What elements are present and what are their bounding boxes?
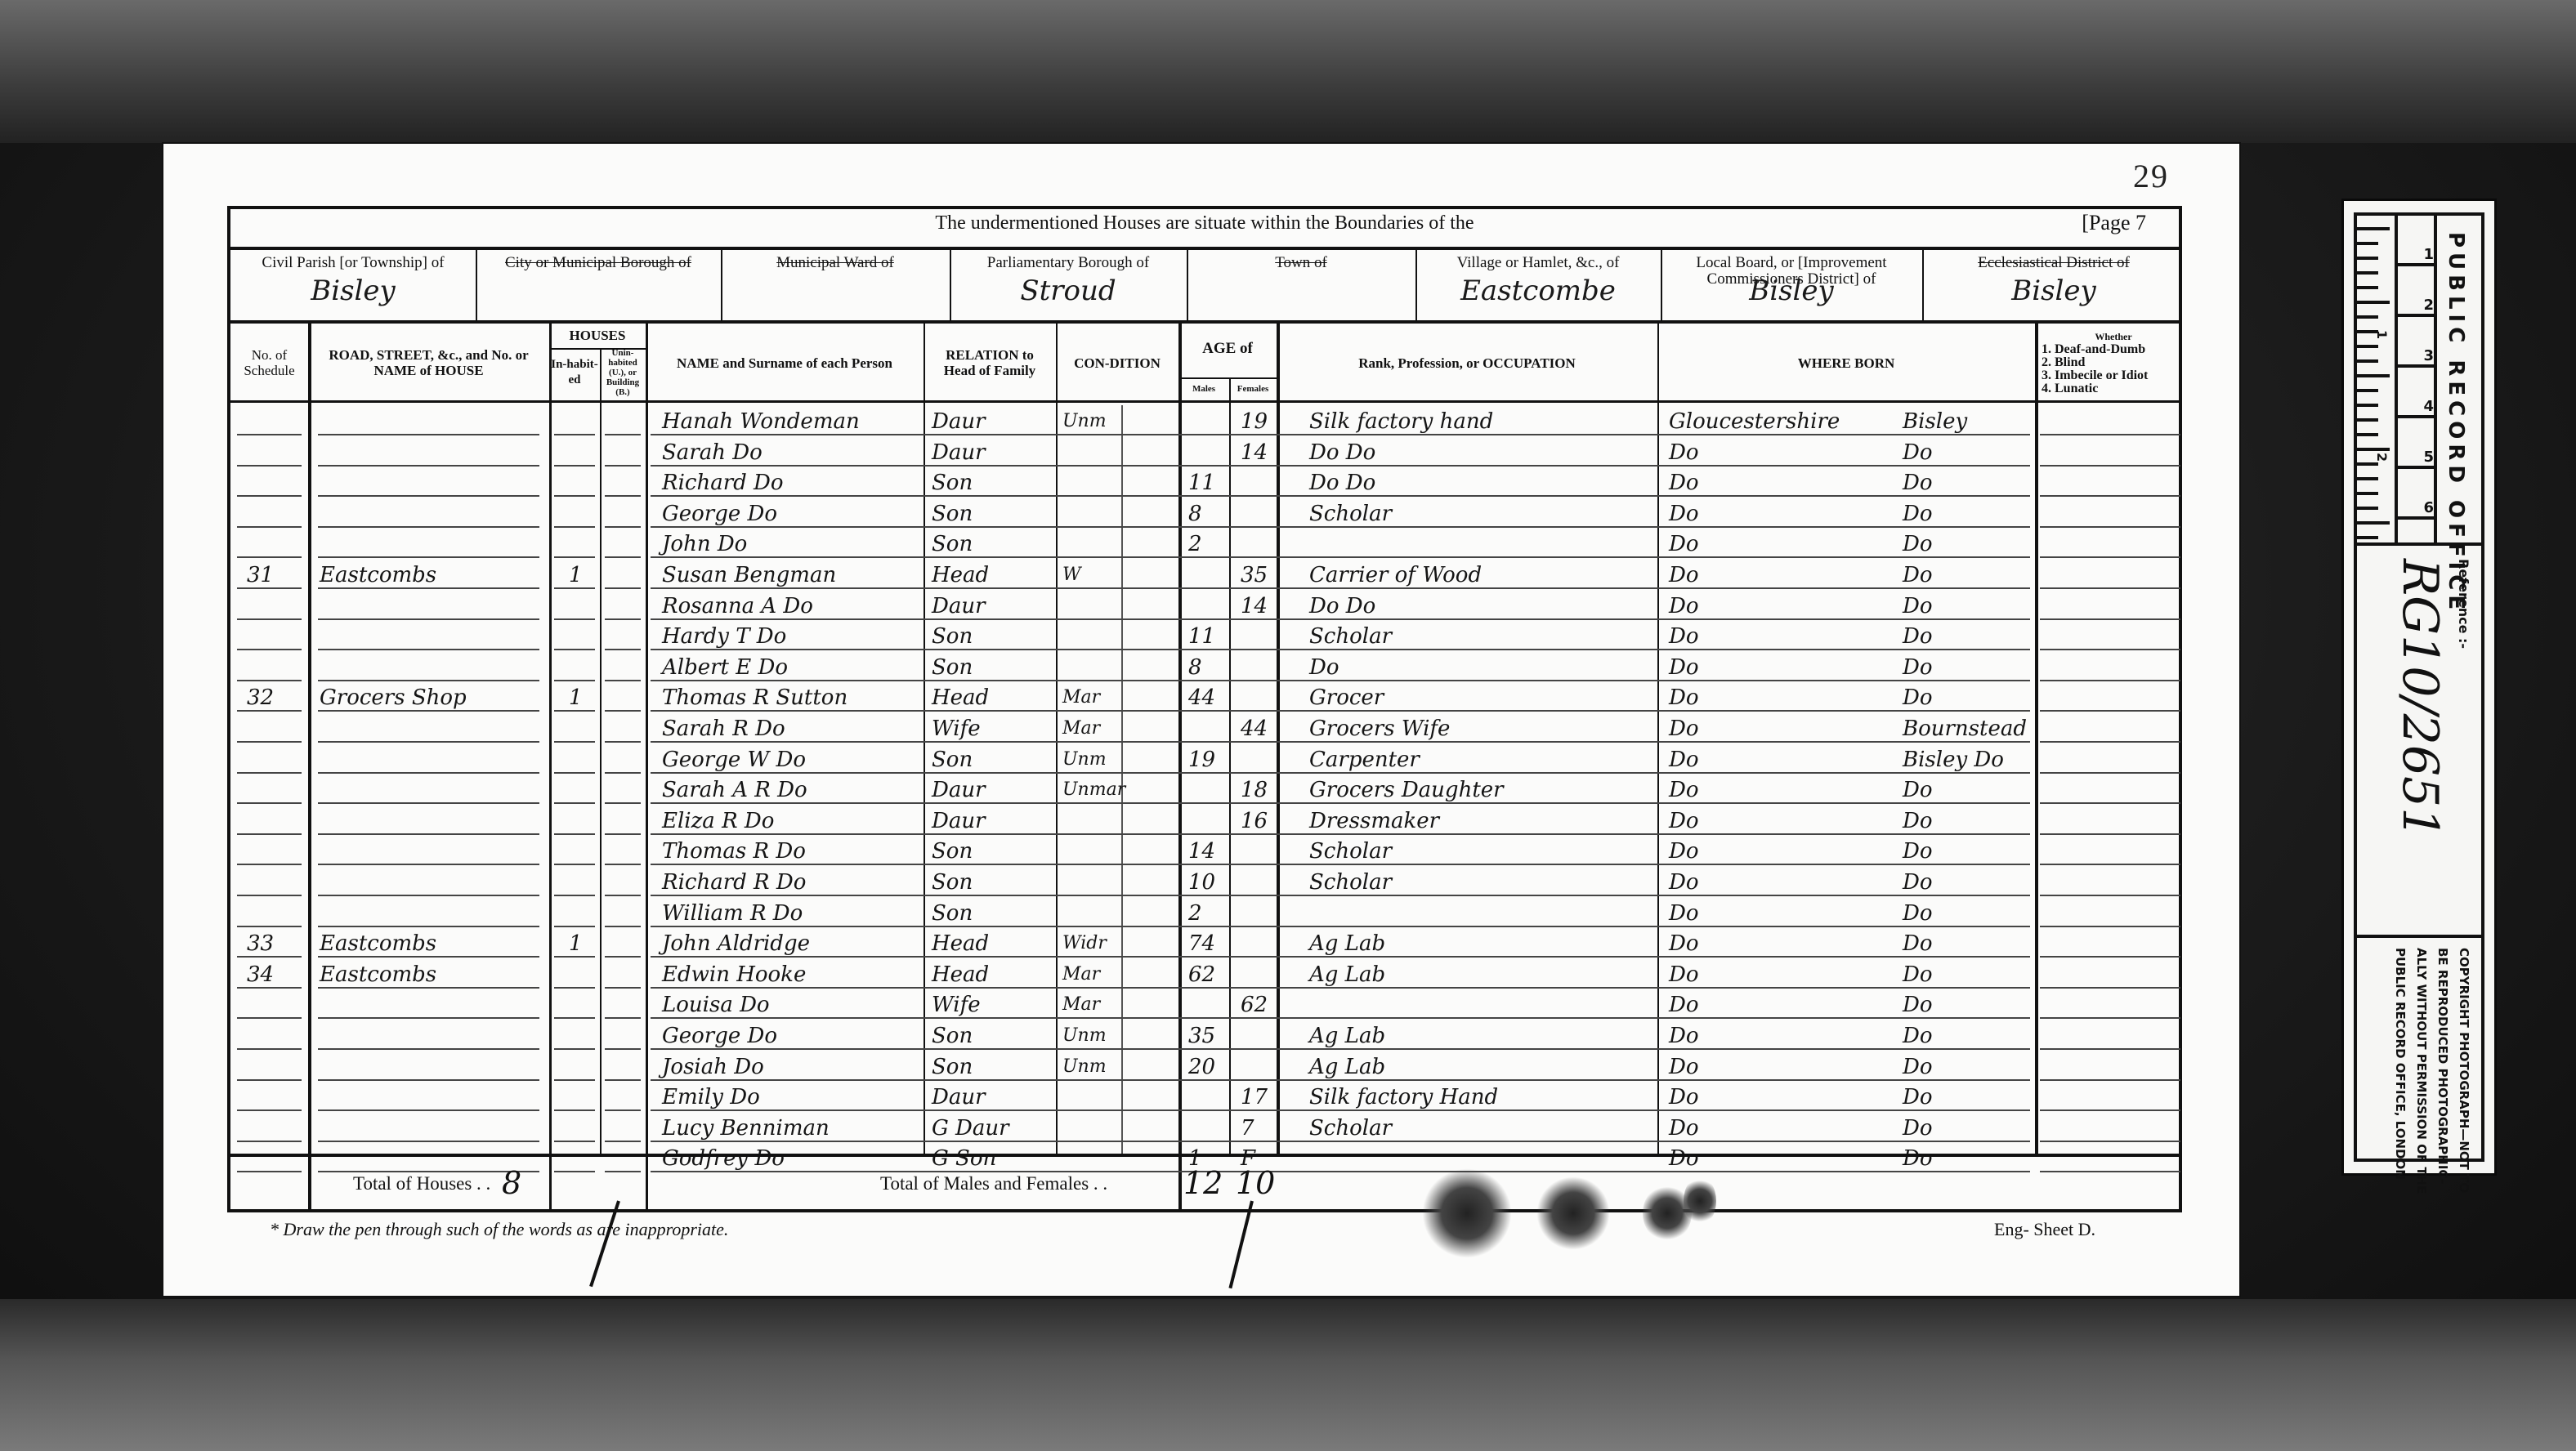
birth-county: Do [1669, 559, 1699, 589]
ruler-tick [2357, 477, 2378, 480]
birth-county: Do [1669, 528, 1699, 558]
female-age: 7 [1241, 1112, 1254, 1142]
occupation: Grocers Wife [1309, 712, 1450, 743]
ruler-tick [2357, 257, 2378, 260]
ruler-tick [2357, 521, 2390, 525]
condition: Unm [1062, 743, 1107, 774]
male-age: 44 [1188, 681, 1215, 712]
ruler-tick [2357, 374, 2390, 377]
ruler-tick [2357, 227, 2390, 230]
relation: Son [932, 528, 973, 558]
ruler-tick [2357, 359, 2378, 363]
copyright-line: BE REPRODUCED PHOTOGRAPHIC- [2435, 948, 2450, 1184]
boundary-label: Municipal Ward of [721, 255, 950, 271]
female-age: 62 [1241, 989, 1268, 1019]
males-header: Males [1178, 377, 1229, 400]
divider [1187, 250, 1188, 320]
birth-parish: Do [1903, 651, 1933, 681]
boundary-label: Civil Parish [or Township] of [230, 255, 476, 271]
column-header: RELATION to Head of Family [924, 324, 1056, 402]
divider [1415, 250, 1417, 320]
ruler-tick [2357, 242, 2378, 245]
divider [950, 250, 951, 320]
boundary-label: Town of [1187, 255, 1415, 271]
schedule-number: 32 [247, 681, 274, 712]
relation: Son [932, 743, 973, 774]
person-name: Susan Bengman [662, 559, 836, 589]
relation: Daur [932, 805, 986, 835]
scale-boxes: 123456 [2398, 216, 2437, 542]
birth-county: Do [1669, 1020, 1699, 1050]
person-name: George W Do [662, 743, 806, 774]
table-row: Sarah DoDaur14Do DoDoDo [230, 436, 2179, 467]
occupation: Scholar [1309, 835, 1392, 865]
road-name: Eastcombs [320, 559, 436, 589]
birth-county: Do [1669, 927, 1699, 958]
relation: Son [932, 651, 973, 681]
ruler-number: 2 [2374, 453, 2390, 462]
inhabited-header: In-habit-ed [549, 348, 600, 397]
whether-option: 3. Imbecile or Idiot [2042, 369, 2148, 382]
boundary-label: Parliamentary Borough of [950, 255, 1187, 271]
inhabited-count: 1 [569, 681, 583, 712]
birth-county: Do [1669, 498, 1699, 528]
male-age: 8 [1188, 498, 1202, 528]
road-name: Eastcombs [320, 958, 436, 989]
birth-parish: Do [1903, 958, 1933, 989]
ruler-tick [2357, 286, 2378, 289]
birth-county: Do [1669, 958, 1699, 989]
ruler-tick [2357, 315, 2378, 319]
occupation: Silk factory hand [1309, 405, 1493, 435]
birth-parish: Do [1903, 436, 1933, 467]
table-row: Sarah A R DoDaurUnmar18Grocers DaughterD… [230, 774, 2179, 804]
boundary-label: Village or Hamlet, &c., of [1415, 255, 1661, 271]
page-number: [Page 7 [2082, 211, 2146, 235]
relation: Son [932, 498, 973, 528]
table-row: Hanah WondemanDaurUnm19Silk factory hand… [230, 405, 2179, 435]
birth-parish: Do [1903, 835, 1933, 865]
birth-parish: Do [1903, 774, 1933, 804]
male-age: 10 [1188, 866, 1215, 896]
relation: Son [932, 1051, 973, 1081]
occupation: Dressmaker [1309, 805, 1439, 835]
birth-county: Do [1669, 712, 1699, 743]
birth-parish: Do [1903, 897, 1933, 927]
male-age: 35 [1188, 1020, 1215, 1050]
houses-header: HOUSES [549, 324, 646, 346]
table-row: William R DoSon2DoDo [230, 897, 2179, 927]
totals-row: Total of Houses . . 8 Total of Males and… [230, 1155, 2179, 1212]
birth-parish: Do [1903, 1020, 1933, 1050]
person-name: Emily Do [662, 1081, 760, 1111]
relation: Son [932, 1020, 973, 1050]
copyright-line: ALLY WITHOUT PERMISSION OF THE [2414, 948, 2429, 1194]
rule [230, 400, 2179, 403]
boundary-cell: Municipal Ward of [721, 250, 950, 320]
uninhabited-header: Unin-habited (U.), or Building (B.) [600, 348, 646, 397]
boundary-cell: Local Board, or [Improvement Commissione… [1661, 250, 1922, 320]
person-name: Hanah Wondeman [662, 405, 860, 435]
ink-blot [1684, 1176, 1716, 1226]
table-row: Richard R DoSon10ScholarDoDo [230, 866, 2179, 896]
person-name: Hardy T Do [662, 620, 786, 650]
condition: Mar [1062, 958, 1100, 989]
female-age: 17 [1241, 1081, 1268, 1111]
birth-parish: Do [1903, 467, 1933, 497]
scale-box: 2 [2398, 266, 2434, 317]
relation: Wife [932, 989, 981, 1019]
total-females-value: 10 [1236, 1165, 1275, 1201]
boundary-cell: Town of [1187, 250, 1415, 320]
person-name: Sarah R Do [662, 712, 785, 743]
boundary-cell: Civil Parish [or Township] ofBisley [230, 250, 476, 320]
female-age: 44 [1241, 712, 1268, 743]
table-row: Lucy BennimanG Daur7ScholarDoDo [230, 1112, 2179, 1142]
rule [1178, 377, 1277, 379]
ruler-tick [2357, 448, 2390, 451]
column-header: ROAD, STREET, &c., and No. or NAME of HO… [308, 324, 549, 402]
table-row: Eliza R DoDaur16DressmakerDoDo [230, 805, 2179, 835]
occupation: Ag Lab [1309, 958, 1385, 989]
birth-parish: Do [1903, 681, 1933, 712]
person-name: John Do [662, 528, 747, 558]
scale-box: 4 [2398, 368, 2434, 418]
record-office-label: 12 123456 PUBLIC RECORD OFFICE Reference… [2344, 201, 2494, 1173]
relation: Son [932, 866, 973, 896]
female-age: 14 [1241, 590, 1268, 620]
total-houses-label: Total of Houses . . [353, 1173, 490, 1194]
rule [549, 348, 646, 350]
person-name: Rosanna A Do [662, 590, 813, 620]
condition: Unmar [1062, 774, 1125, 804]
boundary-cell: Village or Hamlet, &c., ofEastcombe [1415, 250, 1661, 320]
whether-option: 4. Lunatic [2042, 382, 2098, 395]
birth-county: Do [1669, 467, 1699, 497]
ink-blot [1422, 1168, 1512, 1258]
divider [1661, 250, 1662, 320]
table-row: George DoSon8ScholarDoDo [230, 498, 2179, 528]
female-age: 16 [1241, 805, 1268, 835]
occupation: Grocers Daughter [1309, 774, 1504, 804]
birth-county: Do [1669, 620, 1699, 650]
male-age: 11 [1188, 620, 1215, 650]
boundary-value: Eastcombe [1415, 283, 1661, 299]
birth-parish: Do [1903, 805, 1933, 835]
ink-blot [1536, 1176, 1610, 1250]
birth-parish: Do [1903, 620, 1933, 650]
birth-county: Gloucestershire [1669, 405, 1840, 435]
person-name: Richard Do [662, 467, 784, 497]
female-age: 19 [1241, 405, 1268, 435]
occupation: Do Do [1309, 590, 1375, 620]
female-age: 35 [1241, 559, 1268, 589]
divider [1922, 250, 1924, 320]
scale-box: 3 [2398, 317, 2434, 368]
table-row: Josiah DoSonUnm20Ag LabDoDo [230, 1051, 2179, 1081]
male-age: 2 [1188, 897, 1202, 927]
birth-county: Do [1669, 835, 1699, 865]
relation: Son [932, 467, 973, 497]
male-age: 8 [1188, 651, 1202, 681]
ruler-scale: 12 [2357, 216, 2398, 542]
person-name: Edwin Hooke [662, 958, 806, 989]
column-header: No. of Schedule [230, 324, 308, 402]
relation: Head [932, 958, 989, 989]
birth-parish: Do [1903, 866, 1933, 896]
ruler-tick [2357, 462, 2378, 466]
table-row: George DoSonUnm35Ag LabDoDo [230, 1020, 2179, 1050]
person-name: Eliza R Do [662, 805, 774, 835]
person-name: George Do [662, 498, 777, 528]
whether-option: 2. Blind [2042, 356, 2085, 369]
occupation: Do Do [1309, 436, 1375, 467]
male-age: 20 [1188, 1051, 1215, 1081]
male-age: 74 [1188, 927, 1215, 958]
schedule-number: 31 [247, 559, 274, 589]
occupation: Ag Lab [1309, 927, 1385, 958]
table-row: 32Grocers Shop1Thomas R SuttonHeadMar44G… [230, 681, 2179, 712]
ruler-tick [2357, 433, 2378, 436]
relation: Head [932, 927, 989, 958]
schedule-number: 33 [247, 927, 274, 958]
boundary-label: Ecclesiastical District of [1922, 255, 2185, 271]
relation: Daur [932, 1081, 986, 1111]
table-row: 33Eastcombs1John AldridgeHeadWidr74Ag La… [230, 927, 2179, 958]
ruler-tick [2357, 389, 2378, 392]
female-age: 18 [1241, 774, 1268, 804]
condition: W [1062, 559, 1081, 589]
column-header: WHERE BORN [1657, 324, 2035, 402]
whether-title: Whether [2095, 330, 2131, 343]
relation: Daur [932, 405, 986, 435]
birth-parish: Bisley [1903, 405, 1967, 435]
birth-county: Do [1669, 897, 1699, 927]
birth-county: Do [1669, 989, 1699, 1019]
sheet-label: Eng- Sheet D. [1994, 1219, 2095, 1240]
birth-parish: Do [1903, 1112, 1933, 1142]
person-name: Albert E Do [662, 651, 788, 681]
table-row: Richard DoSon11Do DoDoDo [230, 467, 2179, 497]
occupation: Scholar [1309, 1112, 1392, 1142]
condition: Unm [1062, 1020, 1107, 1050]
ruler-tick [2357, 418, 2378, 422]
occupation: Carpenter [1309, 743, 1420, 774]
person-name: William R Do [662, 897, 803, 927]
scan-background-bottom [0, 1299, 2576, 1451]
male-age: 11 [1188, 467, 1215, 497]
reference-value: RG10/2651 [2391, 559, 2449, 838]
condition: Mar [1062, 712, 1100, 743]
table-row: George W DoSonUnm19CarpenterDoBisley Do [230, 743, 2179, 774]
scan-background-top [0, 0, 2576, 143]
boundary-value: Stroud [950, 283, 1187, 299]
birth-parish: Bisley Do [1903, 743, 2004, 774]
relation: Daur [932, 436, 986, 467]
footnote: * Draw the pen through such of the words… [270, 1219, 728, 1240]
birth-county: Do [1669, 436, 1699, 467]
column-header: Rank, Profession, or OCCUPATION [1277, 324, 1657, 402]
folio-number: 29 [2133, 157, 2169, 195]
birth-county: Do [1669, 1081, 1699, 1111]
boundary-cell: Ecclesiastical District ofBisley [1922, 250, 2185, 320]
birth-parish: Do [1903, 927, 1933, 958]
boundary-value: Bisley [1661, 283, 1922, 299]
birth-parish: Do [1903, 590, 1933, 620]
person-name: Thomas R Do [662, 835, 806, 865]
whether-option: 1. Deaf-and-Dumb [2042, 343, 2145, 356]
person-name: Lucy Benniman [662, 1112, 830, 1142]
person-name: George Do [662, 1020, 777, 1050]
birth-county: Do [1669, 866, 1699, 896]
occupation: Scholar [1309, 866, 1392, 896]
divider [476, 250, 477, 320]
birth-parish: Do [1903, 989, 1933, 1019]
total-males-value: 12 [1183, 1165, 1223, 1201]
boundary-value: Bisley [1922, 283, 2185, 299]
table-row: Albert E DoSon8DoDoDo [230, 651, 2179, 681]
condition: Unm [1062, 405, 1107, 435]
occupation: Ag Lab [1309, 1020, 1385, 1050]
boundary-value: Bisley [230, 283, 476, 299]
male-age: 14 [1188, 835, 1215, 865]
column-header: NAME and Surname of each Person [646, 324, 924, 402]
relation: Wife [932, 712, 981, 743]
schedule-number: 34 [247, 958, 274, 989]
relation: Head [932, 681, 989, 712]
ruler-number: 1 [2374, 330, 2390, 339]
person-name: Sarah Do [662, 436, 763, 467]
birth-parish: Do [1903, 559, 1933, 589]
person-name: Josiah Do [662, 1051, 764, 1081]
relation: G Daur [932, 1112, 1009, 1142]
scale-box: 6 [2398, 469, 2434, 520]
ruler-tick [2357, 345, 2378, 348]
total-houses-value: 8 [502, 1165, 521, 1201]
inhabited-count: 1 [569, 927, 583, 958]
birth-county: Do [1669, 805, 1699, 835]
table-row: Emily DoDaur17Silk factory HandDoDo [230, 1081, 2179, 1111]
total-persons-label: Total of Males and Females . . [880, 1173, 1107, 1194]
ruler-tick [2357, 301, 2390, 304]
person-name: John Aldridge [662, 927, 810, 958]
boundary-label: City or Municipal Borough of [476, 255, 721, 271]
boundary-cell: City or Municipal Borough of [476, 250, 721, 320]
occupation: Scholar [1309, 620, 1392, 650]
birth-parish: Bournstead [1903, 712, 2027, 743]
relation: Head [932, 559, 989, 589]
occupation: Carrier of Wood [1309, 559, 1482, 589]
scale-box: 5 [2398, 418, 2434, 469]
divider [721, 250, 722, 320]
reference-label: Reference :- [2456, 559, 2471, 649]
birth-county: Do [1669, 681, 1699, 712]
copyright-line: PUBLIC RECORD OFFICE, LONDON [2393, 948, 2408, 1180]
birth-county: Do [1669, 651, 1699, 681]
person-name: Louisa Do [662, 989, 770, 1019]
condition: Mar [1062, 681, 1100, 712]
relation: Daur [932, 774, 986, 804]
male-age: 62 [1188, 958, 1215, 989]
relation: Son [932, 897, 973, 927]
person-name: Sarah A R Do [662, 774, 807, 804]
table-row: John DoSon2DoDo [230, 528, 2179, 558]
condition: Unm [1062, 1051, 1107, 1081]
inhabited-count: 1 [569, 559, 583, 589]
rule [230, 320, 2179, 324]
census-table: The undermentioned Houses are situate wi… [227, 206, 2182, 1212]
occupation: Grocer [1309, 681, 1384, 712]
ruler-tick [2357, 404, 2378, 407]
table-row: Thomas R DoSon14ScholarDoDo [230, 835, 2179, 865]
table-row: Sarah R DoWifeMar44Grocers WifeDoBournst… [230, 712, 2179, 743]
road-name: Eastcombs [320, 927, 436, 958]
male-age: 2 [1188, 528, 1202, 558]
birth-county: Do [1669, 743, 1699, 774]
females-header: Females [1229, 377, 1277, 400]
boundary-cell: Parliamentary Borough ofStroud [950, 250, 1187, 320]
table-row: 34EastcombsEdwin HookeHeadMar62Ag LabDoD… [230, 958, 2179, 989]
condition: Widr [1062, 927, 1107, 958]
rule [230, 247, 2179, 250]
person-name: Richard R Do [662, 866, 806, 896]
ruler-tick [2357, 536, 2378, 539]
occupation: Scholar [1309, 498, 1392, 528]
birth-parish: Do [1903, 1051, 1933, 1081]
birth-county: Do [1669, 1112, 1699, 1142]
relation: Daur [932, 590, 986, 620]
birth-county: Do [1669, 774, 1699, 804]
birth-county: Do [1669, 1051, 1699, 1081]
ruler-tick [2357, 507, 2378, 510]
birth-parish: Do [1903, 1081, 1933, 1111]
birth-parish: Do [1903, 498, 1933, 528]
occupation: Ag Lab [1309, 1051, 1385, 1081]
occupation: Do [1309, 651, 1339, 681]
whether-header: Whether1. Deaf-and-Dumb2. Blind3. Imbeci… [2035, 324, 2185, 402]
intro-text: The undermentioned Houses are situate wi… [230, 212, 2179, 234]
occupation: Silk factory Hand [1309, 1081, 1498, 1111]
rule [230, 1154, 2179, 1157]
age-header: AGE of [1178, 324, 1277, 373]
road-name: Grocers Shop [320, 681, 467, 712]
copyright-line: COPYRIGHT PHOTOGRAPH—NOT TO [2457, 948, 2471, 1193]
relation: Son [932, 620, 973, 650]
scale-box: 1 [2398, 216, 2434, 266]
table-row: Rosanna A DoDaur14Do DoDoDo [230, 590, 2179, 620]
occupation: Do Do [1309, 467, 1375, 497]
column-header: CON-DITION [1056, 324, 1178, 402]
ruler-tick [2357, 271, 2378, 275]
ruler-tick [2357, 492, 2378, 495]
male-age: 19 [1188, 743, 1215, 774]
birth-county: Do [1669, 590, 1699, 620]
table-row: Louisa DoWifeMar62DoDo [230, 989, 2179, 1019]
table-row: Hardy T DoSon11ScholarDoDo [230, 620, 2179, 650]
birth-parish: Do [1903, 528, 1933, 558]
person-name: Thomas R Sutton [662, 681, 847, 712]
condition: Mar [1062, 989, 1100, 1019]
relation: Son [932, 835, 973, 865]
female-age: 14 [1241, 436, 1268, 467]
record-office-title: PUBLIC RECORD OFFICE [2444, 232, 2468, 614]
table-row: 31Eastcombs1Susan BengmanHeadW35Carrier … [230, 559, 2179, 589]
